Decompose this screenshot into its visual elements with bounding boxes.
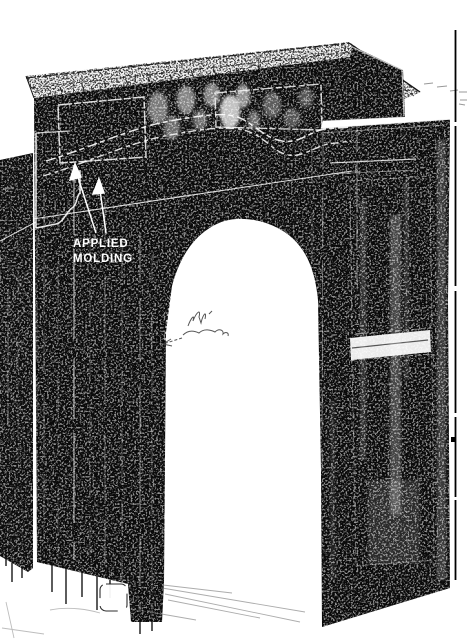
plinth-block	[100, 584, 127, 611]
doorway-photograph: APPLIED MOLDING	[0, 0, 468, 640]
right-edge-tick	[451, 437, 456, 442]
annotation-label-line1: APPLIED	[73, 238, 128, 250]
photo-figure: APPLIED MOLDING	[0, 0, 468, 640]
annotation-label-line2: MOLDING	[73, 253, 133, 265]
